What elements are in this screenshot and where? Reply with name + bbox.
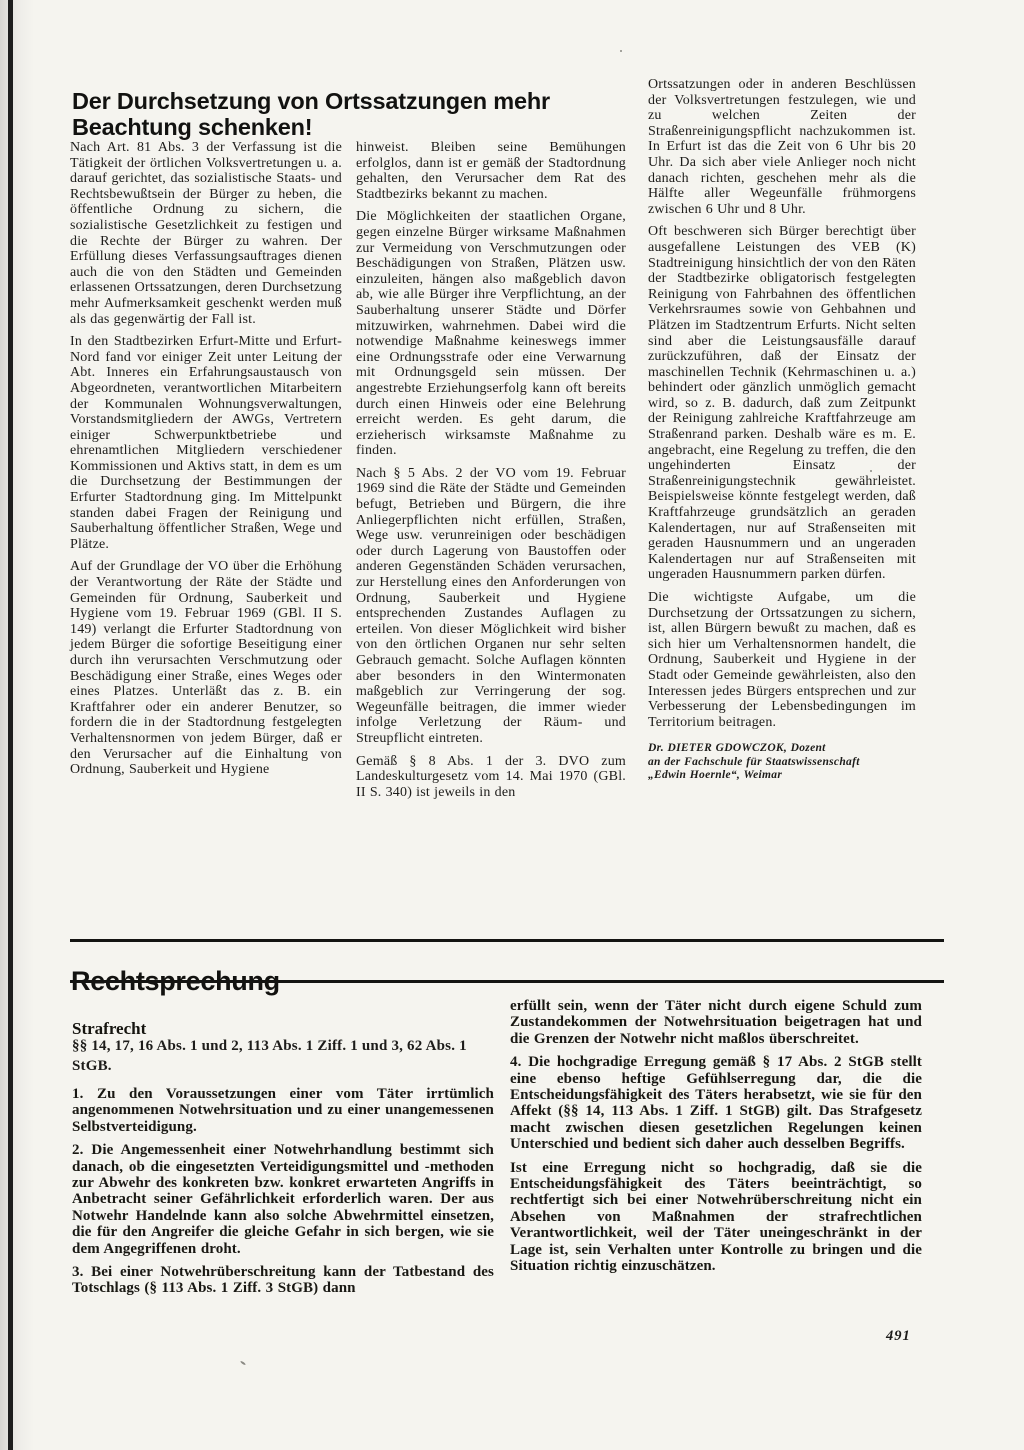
article-paragraph: Oft beschweren sich Bürger berechtigt üb…: [648, 224, 916, 583]
article-paragraph: Ortssatzungen oder in anderen Beschlüsse…: [648, 77, 916, 217]
article-column-3: Ortssatzungen oder in anderen Beschlüsse…: [648, 77, 916, 783]
article-paragraph: Auf der Grundlage der VO über die Erhöhu…: [70, 559, 342, 777]
author-signature: Dr. DIETER GDOWCZOK, Dozent an der Fachs…: [648, 742, 916, 783]
rechtsprechung-column-right: erfüllt sein, wenn der Täter nicht durch…: [510, 998, 922, 1282]
article-column-1: Nach Art. 81 Abs. 3 der Verfassung ist d…: [70, 140, 342, 785]
author-location: „Edwin Hoernle“, Weimar: [648, 769, 916, 783]
article-paragraph: Nach § 5 Abs. 2 der VO vom 19. Februar 1…: [356, 466, 626, 747]
page-number: 491: [886, 1328, 911, 1345]
guideline-paragraph: Ist eine Erregung nicht so hochgradig, d…: [510, 1160, 922, 1275]
author-name: Dr. DIETER GDOWCZOK, Dozent: [648, 742, 916, 756]
scan-speck: [620, 50, 622, 52]
article-paragraph: hinweist. Bleiben seine Bemühungen erfol…: [356, 140, 626, 202]
article-paragraph: In den Stadtbezirken Erfurt-Mitte und Er…: [70, 334, 342, 552]
scan-edge-bar: [8, 0, 13, 1450]
scan-left-margin: [0, 0, 34, 1450]
guideline-paragraph: 2. Die Angemessenheit einer Notwehrhandl…: [72, 1142, 494, 1257]
guideline-paragraph: 3. Bei einer Notwehrüberschreitung kann …: [72, 1264, 494, 1297]
scan-speck: [240, 1360, 246, 1365]
author-affiliation: an der Fachschule für Staatswissenschaft: [648, 756, 916, 770]
rechtsprechung-column-left: 1. Zu den Voraussetzungen einer vom Täte…: [72, 1086, 494, 1304]
section-rule-top: [70, 939, 944, 942]
article-paragraph: Nach Art. 81 Abs. 3 der Verfassung ist d…: [70, 140, 342, 327]
section-rule-under-heading: [70, 980, 944, 983]
guideline-paragraph: 4. Die hochgradige Erregung gemäß § 17 A…: [510, 1054, 922, 1152]
article-column-2: hinweist. Bleiben seine Bemühungen erfol…: [356, 140, 626, 807]
statute-reference: §§ 14, 17, 16 Abs. 1 und 2, 113 Abs. 1 Z…: [72, 1036, 504, 1076]
article-paragraph: Die wichtigste Aufgabe, um die Durchsetz…: [648, 590, 916, 730]
guideline-paragraph: 1. Zu den Voraussetzungen einer vom Täte…: [72, 1086, 494, 1135]
article-paragraph: Gemäß § 8 Abs. 1 der 3. DVO zum Landesku…: [356, 754, 626, 801]
article-title: Der Durchsetzung von Ortssatzungen mehr …: [72, 88, 577, 140]
article-paragraph: Die Möglichkeiten der staatlichen Organe…: [356, 209, 626, 459]
guideline-paragraph: erfüllt sein, wenn der Täter nicht durch…: [510, 998, 922, 1047]
